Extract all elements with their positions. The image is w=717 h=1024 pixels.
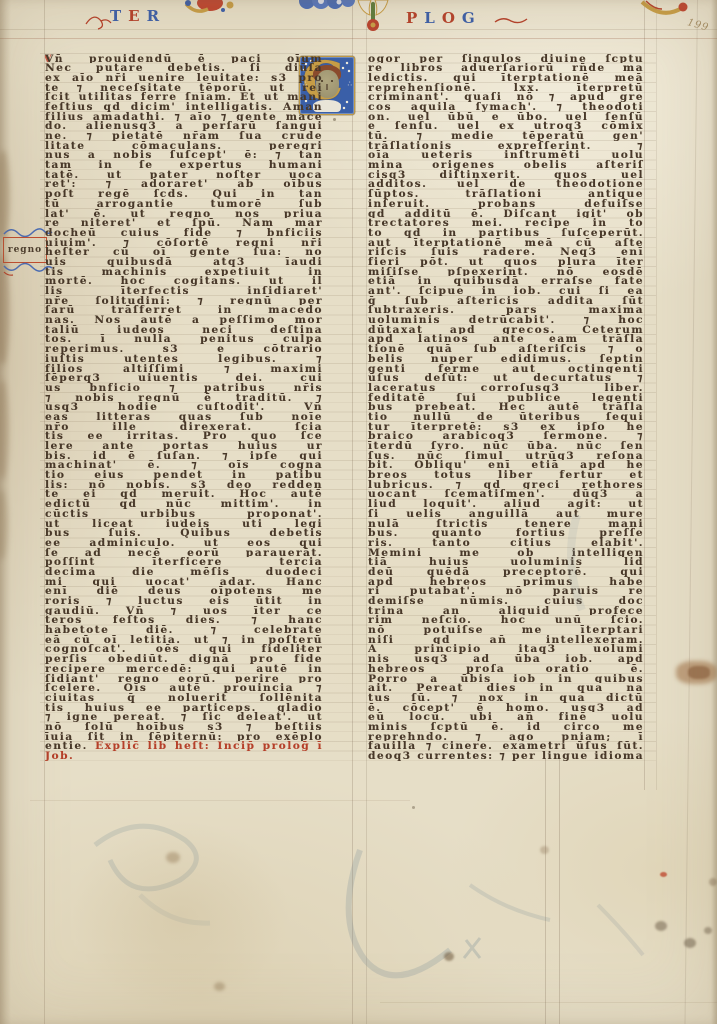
text-line: feditatē ſui publice legenti: [368, 393, 644, 403]
running-title-letter: R: [147, 7, 159, 25]
text-line: iuſtis utentes legibus. ⁊: [45, 354, 323, 364]
text-line: ſus. nūc ſimul utrūq3 reſona: [368, 451, 644, 461]
text-line: nr̄o ille direxerat. ſcia: [45, 422, 323, 432]
text-line: cisq3 diſtinxerit. quos uel: [368, 170, 644, 180]
text-line: ledictis. qui īterptationē meā: [368, 73, 644, 83]
text-line: teros feſtos dies. ⁊ hanc: [45, 615, 323, 625]
text-line: īuia ſit in ſēpiternū: pro exēplo cōtēpt…: [45, 732, 323, 742]
text-line: cūctis urbibus proponat'.: [45, 509, 323, 519]
ruling-line: [644, 0, 645, 790]
text-line: mina origenes obelis aſteriſ: [368, 160, 644, 170]
text-line: tionē quā ſub aſteriſcis ⁊ o: [368, 344, 644, 354]
manuscript-page: T E R P L O G: [0, 0, 717, 1024]
last-line: deoq3 currentes: ⁊ per lingue idioma ⁊c: [368, 751, 644, 761]
left-text-column: Vn̄ prouidendū ē paci oīum prouinciarū. …: [45, 54, 323, 761]
text-line: minis ſcptū ē. id circo me: [368, 722, 644, 732]
text-line: tos. ī nulla penitus culpa: [45, 334, 323, 344]
text-line: lis īterfectis inſidiaret': [45, 286, 323, 296]
text-line: A principio itaq3 uolumi: [368, 644, 644, 654]
ruling-line: [0, 38, 717, 39]
ruling-line: [380, 1002, 717, 1003]
text-line: tis machinis expetiuit in: [45, 267, 323, 277]
text-line: habetote diē. ⁊ celebrate: [45, 625, 323, 635]
text-line: q̄ ſub aſtericis addita ſūt: [368, 296, 644, 306]
text-line: belis nuper edidimus. ſeptin: [368, 354, 644, 364]
margin-note-box: regno: [3, 237, 47, 263]
text-line: ut liceat iudeis uti legi: [45, 519, 323, 529]
text-line: ee adminiculo. ut eos qui: [45, 538, 323, 548]
red-ink-dot: [660, 872, 667, 877]
text-line: dūtaxat apd grecos. Ceterum: [368, 325, 644, 335]
text-line: Vn̄ prouidendū ē paci oīum prouinciarū.: [45, 54, 323, 64]
text-line: laceratus corroſusq3 liber.: [368, 383, 644, 393]
text-line: oīa ueteris inſtrumēti uolu: [368, 150, 644, 160]
text-line: uocant ſcematiſmen'. dūq3 a: [368, 489, 644, 499]
text-line: perſis obediūt. dignā pro fide: [45, 654, 323, 664]
page-edge-right: [711, 0, 717, 1024]
explicit-line: entie. Explic̄ lib̄ heſt̄: Incip̄ proloḡ…: [45, 741, 323, 751]
text-line: nulā ſtrictis tenere mani: [368, 519, 644, 529]
text-line: ſūptos. trāſlationi antique: [368, 189, 644, 199]
text-line: bus ſuis. Quibus debetis: [45, 528, 323, 538]
right-column-lines: ogor per ſingulos diuine ſcpture libros …: [368, 54, 644, 752]
text-line: Nec putare debetis. ſi diūſa iubeamus: [45, 63, 323, 73]
marginal-decoration: [299, 0, 355, 15]
text-line: edictū qd nūc mittim'. in: [45, 499, 323, 509]
text-line: bus. quanto fortius preſſe: [368, 528, 644, 538]
running-title-letter: E: [128, 7, 139, 25]
page-edge-left: [0, 0, 11, 1024]
text-line: miſiſse pſpexerint. nō eosdē: [368, 267, 644, 277]
text-line: eas litteras quas ſub noīe: [45, 412, 323, 422]
text-line: recipere mercedē: qui autē in: [45, 664, 323, 674]
text-line: īterdū ſyro. nūc ūba. nūc ſen: [368, 441, 644, 451]
text-line: ciuitas q̄ noluerit ſollēnita: [45, 693, 323, 703]
text-line: ri putabat'. nō paruis re: [368, 586, 644, 596]
text-line: ſi uelis anguillā aut mure: [368, 509, 644, 519]
text-line: ogor per ſingulos diuine ſcptu: [368, 54, 644, 64]
text-line: to qd in partibus ſuſceperūt.: [368, 228, 644, 238]
text-line: hebreos proſa oratio ē.: [368, 664, 644, 674]
stain: [444, 952, 454, 961]
text-line: etiā in quibusdā erraſse fate: [368, 276, 644, 286]
text-line: bus prebeat. Hec autē trāſla: [368, 402, 644, 412]
ruling-line: [684, 0, 698, 1024]
text-line: nas. Nos autē a peſſimo mor: [45, 315, 323, 325]
rubric-end-mark: ⁊c: [368, 760, 383, 761]
text-line: nr̄e ſolitudini: ⁊ regnū per: [45, 296, 323, 306]
text-line: ūſus deſūt: ut decurtatus ⁊: [368, 373, 644, 383]
running-title-right: P L O G: [406, 9, 482, 31]
text-line: apd hebreos primus habe: [368, 577, 644, 587]
text-line: mi qui uocat' adar. Hanc: [45, 577, 323, 587]
text-line: lat' ē. ut regno nos priua: [45, 209, 323, 219]
first-line-text: n̄ prouidendū ē paci oīum prouinciarū.: [45, 54, 323, 64]
left-column-lines: Nec putare debetis. ſi diūſa iubeamusex …: [45, 63, 323, 741]
stain: [70, 820, 290, 1010]
text-line: trectatores mei. recipe in to: [368, 218, 644, 228]
text-line: te ⁊ neceſsitate tēporū. ut rei publice …: [45, 83, 323, 93]
text-line: tur īterpretē: s3 ex ipſo he: [368, 422, 644, 432]
stain: [655, 921, 667, 931]
text-line: apd latinos ante eam trāſla: [368, 334, 644, 344]
text-line: inſeruit. probans defuiſse: [368, 199, 644, 209]
text-line: machinat' ē. ⁊ oīs cogna: [45, 460, 323, 470]
text-line: tam in ſe expertus humani: [45, 160, 323, 170]
text-line: ſubtraxeris. pars maxima: [368, 305, 644, 315]
text-line: te ei qd meruit. Hoc autē: [45, 489, 323, 499]
text-line: docheū cuius fide ⁊ bnficiis: [45, 228, 323, 238]
text-line: tio nullū de ūteribus ſequi: [368, 412, 644, 422]
text-line: fauilla ⁊ cinere. exametri ūſus ſūt. dac…: [368, 741, 644, 751]
last-line-text: deoq3 currentes: ⁊ per lingue idioma: [368, 751, 644, 761]
text-line: usq3 hodie cuſtodit'. Vn̄: [45, 402, 323, 412]
text-line: on. uel ūbū e ūbo. uel ſenſū: [368, 112, 644, 122]
text-line: us bnficio ⁊ patribus nr̄is: [45, 383, 323, 393]
text-line: ⁊ nobis regnū ē traditū. ⁊: [45, 393, 323, 403]
text-line: ē. cōcept' ē homo. usq3 ad: [368, 703, 644, 713]
speck: [412, 806, 415, 809]
running-title-letter: T: [110, 7, 121, 25]
text-line: ſe ad necē eorū parauerāt.: [45, 548, 323, 558]
text-line: liud loquit'. aliud agit: ut: [368, 499, 644, 509]
text-line: reperimus. s3 e cōtrario: [45, 344, 323, 354]
text-line: ⁊ igne pereat. ⁊ ſic deleat'. ut: [45, 712, 323, 722]
text-line: aut īterptationē meā cū aſte: [368, 238, 644, 248]
margin-note-text: regno: [8, 245, 42, 255]
text-line: tis ee irritas. Pro quo ſce: [45, 431, 323, 441]
ruling-line: [366, 0, 367, 1024]
text-line: qd additū ē. Diſcant igit' ob: [368, 209, 644, 219]
text-line: re niteret' et ſpū. Nam mar: [45, 218, 323, 228]
text-line: ſēperq3 uiuentis dei. cui: [45, 373, 323, 383]
running-title-left: T E R: [110, 7, 166, 29]
text-line: tū arrogantie tumorē ſub: [45, 199, 323, 209]
text-line: deū quēdā preceptorē. qui: [368, 567, 644, 577]
text-line: fieri pōt. ut quos plura īter: [368, 257, 644, 267]
text-line: lubricus. ⁊ qd greci rethores: [368, 480, 644, 490]
text-line: braico arabicoq3 ſermone. ⁊: [368, 431, 644, 441]
text-line: niſi qd an̄ intellexeram.: [368, 635, 644, 645]
text-line: ſcelere. Oīs autē prouincia ⁊: [45, 683, 323, 693]
stain: [166, 852, 180, 863]
text-line: mortē. hoc cogitans. ut il: [45, 276, 323, 286]
text-line: ſidiant' regno eorū. perire pro: [45, 674, 323, 684]
text-line: tus ſū. ⁊ nox in qua dictū: [368, 693, 644, 703]
text-line: ne. ⁊ pietatē nr̄am ſua crude: [45, 131, 323, 141]
text-line: uis quibusdā atq3 īaudi: [45, 257, 323, 267]
text-line: genti ferme aut octingenti: [368, 364, 644, 374]
text-line: cos aquila ſymach'. ⁊ theodoti: [368, 102, 644, 112]
text-line: poſſint īterficere tercia: [45, 557, 323, 567]
text-line: ex aīo nr̄i uenire leuitate: s3 pro qual…: [45, 73, 323, 83]
text-line: uiuim'. ⁊ cōſortē regni nr̄i: [45, 238, 323, 248]
text-line: filius amadathi. ⁊ aīo ⁊ gente mace: [45, 112, 323, 122]
running-title-letter: P: [406, 9, 417, 27]
text-line: e ſenſu. uel ex utroq3 cōmix: [368, 121, 644, 131]
text-line: lis: nō nobis. s3 deo redden: [45, 480, 323, 490]
text-line: cognoſcat'. oēs qui fideliter: [45, 644, 323, 654]
text-line: demiſse nūmis. cuius doc: [368, 596, 644, 606]
running-title-letter: G: [462, 9, 475, 27]
text-line: ait. Pereat dies in qua na: [368, 683, 644, 693]
text-line: Memini me ob intelligen: [368, 548, 644, 558]
text-line: roris ⁊ luctus eis ūtit in: [45, 596, 323, 606]
text-line: enī diē deus oīpotens me: [45, 586, 323, 596]
text-line: poſt regē ſcds. Qui in tan: [45, 189, 323, 199]
text-line: tatē. ut pater noſter uoca: [45, 170, 323, 180]
text-line: litate cōmaculans. peregri: [45, 141, 323, 151]
text-line: nō ſolū hoībus s3 ⁊ beſtiis: [45, 722, 323, 732]
rubric-job: Job.: [45, 751, 323, 761]
text-line: trāſlationis expreſſerint. ⁊: [368, 141, 644, 151]
text-line: tū. ⁊ medie tēperatū gen': [368, 131, 644, 141]
marginal-decoration: [640, 0, 690, 20]
ruling-line: [545, 758, 546, 1024]
ruling-line: [352, 0, 353, 1024]
text-line: re libros aduerſariorū rn̄de ma: [368, 63, 644, 73]
text-line: reprehenſionē. lxx. īterpretū: [368, 83, 644, 93]
ink-smudge: [688, 666, 710, 679]
marginal-decoration: [183, 0, 235, 22]
filigree-dots: ∴: [348, 81, 352, 88]
text-line: decima die mēſis duodeci: [45, 567, 323, 577]
text-line: eū locū. ubi an̄ finē uolu: [368, 712, 644, 722]
text-line: ſcit utilitas ferre ſnīam. Et ut mani: [45, 92, 323, 102]
text-line: tis huius ee particeps. gladio: [45, 703, 323, 713]
text-line: tio eius pendet in patibu: [45, 470, 323, 480]
text-line: feſtius qd dicim' intelligatis. Aman: [45, 102, 323, 112]
text-line: bis. id ē ſuſan. ⁊ ipſe qui: [45, 451, 323, 461]
ruling-line: [30, 800, 410, 801]
text-line: lere ante portas huius ur: [45, 441, 323, 451]
text-line: bit. Obliqu' enī etiā apd he: [368, 460, 644, 470]
text-line: ris. tanto citius elabit'.: [368, 538, 644, 548]
text-line: nus a nobis ſuſcept' ē: ⁊ tan: [45, 150, 323, 160]
text-line: rim neſcio. hoc unū ſcio.: [368, 615, 644, 625]
running-title-letter: L: [424, 9, 435, 27]
text-line: riſcis ſuis radere. Neq3 enī: [368, 247, 644, 257]
right-text-column: ogor per ſingulos diuine ſcpture libros …: [368, 54, 644, 761]
text-line: heſter cū oī gente ſua: no: [45, 247, 323, 257]
text-line: trina an aliquid profece: [368, 606, 644, 616]
penwork-flourish: [494, 15, 528, 27]
running-title-letter: O: [442, 9, 455, 27]
ruling-line: [656, 0, 657, 790]
stain: [214, 982, 225, 991]
text-line: Porro a ūbis iob in quibus: [368, 674, 644, 684]
ruling-line: [559, 758, 560, 1024]
text-line: nō potuiſse me īterptari: [368, 625, 644, 635]
text-line: ant'. ſcipue in iob. cui ſi ea: [368, 286, 644, 296]
text-line: ſarū trāſferret in macedo: [45, 305, 323, 315]
text-line: ret': ⁊ adoraret' ab oībus: [45, 179, 323, 189]
text-line: additos. uel de theodotione: [368, 179, 644, 189]
text-line: breos totus liber fertur et: [368, 470, 644, 480]
ruling-line: [0, 29, 717, 30]
text-line: uoluminis detrūcabit'. ⁊ hoc: [368, 315, 644, 325]
folio-number: 199: [686, 17, 710, 34]
text-line: filios altiſſimi ⁊ maximi: [45, 364, 323, 374]
text-line: reprehndo. ⁊ ago pniam; ī: [368, 732, 644, 742]
text-line: taliū iudeos neci deſtina: [45, 325, 323, 335]
text-line: eā cū oī letitia. ut ⁊ in poſterū: [45, 635, 323, 645]
text-line: nis usq3 ad ūba iob. apd: [368, 654, 644, 664]
text-line: gaudiū. Vn̄ ⁊ uos īter ce: [45, 606, 323, 616]
text-line: criminant'. quaſi nō ⁊ apud gre: [368, 92, 644, 102]
text-line: do. alienusq3 a perſarū ſangui: [45, 121, 323, 131]
text-line: tiā huius uoluminis lid: [368, 557, 644, 567]
